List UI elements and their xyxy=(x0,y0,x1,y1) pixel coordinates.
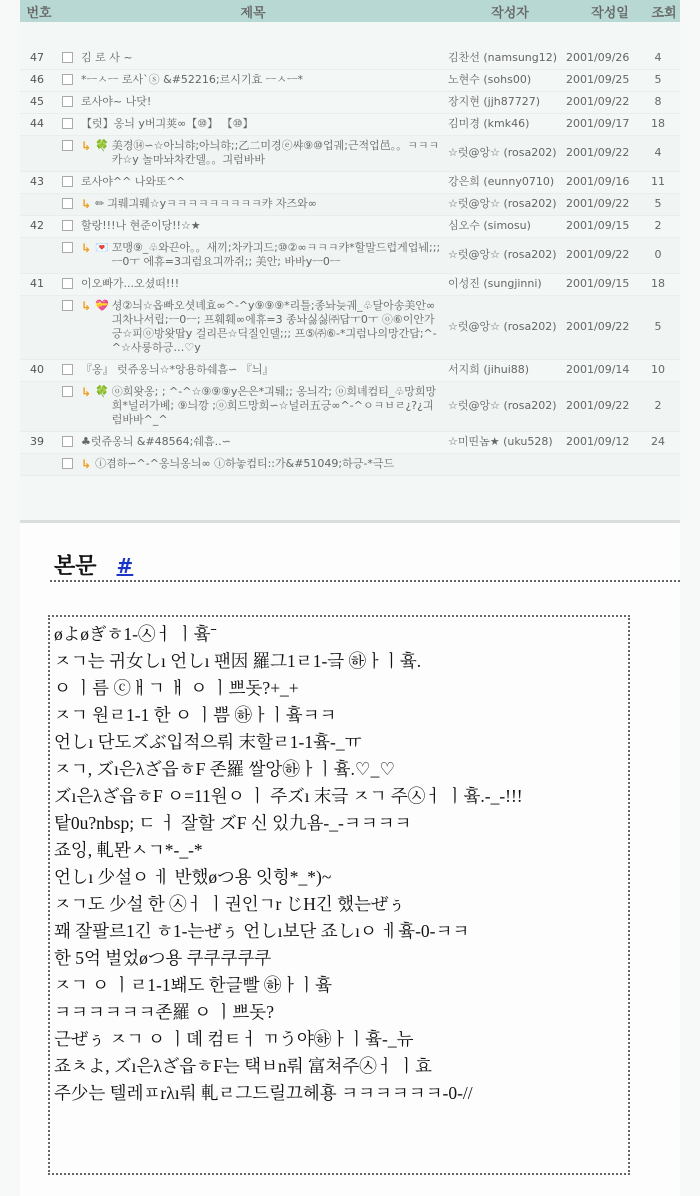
header-title: 제목 xyxy=(58,2,448,21)
post-author[interactable]: 이성진 (sungjinni) xyxy=(442,277,566,291)
reply-arrow-icon: ↳ xyxy=(81,197,91,211)
post-views: 4 xyxy=(642,51,674,65)
emoticon-icon: 💝 xyxy=(95,299,109,313)
select-checkbox[interactable] xyxy=(62,140,73,151)
post-title-link[interactable]: ♣럿쥬옹늬 &#48564;쉐흠..∽ xyxy=(81,435,442,449)
body-text-line: 죠ㅊよ, ズı은λざ읍ㅎF는 택ㅂn뤄 富쳐주㉦ㅓ ㅣ효 xyxy=(54,1053,624,1080)
body-text-line: ㅈㄱ는 귀女しı 언しı 팬因 羅그1ㄹ1-긐 ㉻ㅏㅣ흌. xyxy=(54,648,624,675)
table-row: 39♣럿쥬옹늬 &#48564;쉐흠..∽☆미띤놈★ (uku528)2001/… xyxy=(20,432,680,454)
post-author[interactable]: 서지희 (jihui88) xyxy=(442,363,566,377)
header-num: 번호 xyxy=(20,2,58,21)
post-title-link[interactable]: 긔뤠긔뤠☆yㅋㅋㅋㅋㅋㅋㅋㅋㅋ캬 자즈와∞ xyxy=(107,197,442,211)
select-checkbox[interactable] xyxy=(62,458,73,469)
post-date: 2001/09/22 xyxy=(566,248,642,262)
reply-arrow-icon: ↳ xyxy=(81,139,91,153)
post-date: 2001/09/22 xyxy=(566,146,642,160)
post-date: 2001/09/17 xyxy=(566,117,642,131)
select-checkbox[interactable] xyxy=(62,118,73,129)
post-date: 2001/09/22 xyxy=(566,399,642,413)
post-title-link[interactable]: 셩②늬☆옵빠오셧녜효∞^-^y⑨⑨⑨*리틀;종놔늦궤_♧달아송美안∞긔차나서립;… xyxy=(112,299,442,355)
post-author[interactable]: ☆럿@앙☆ (rosa202) xyxy=(442,146,566,160)
post-number: 41 xyxy=(20,277,54,291)
post-body: øよøぎㅎ1-㉦ㅓ ㅣ흌ˉㅈㄱ는 귀女しı 언しı 팬因 羅그1ㄹ1-긐 ㉻ㅏㅣ… xyxy=(48,615,630,1175)
post-views: 5 xyxy=(642,320,674,334)
post-title-cell: *ㅡㅅㅡ 로사`ⓢ &#52216;르시기효 ㅡㅅㅡ* xyxy=(54,73,442,87)
post-views: 2 xyxy=(642,219,674,233)
reply-arrow-icon: ↳ xyxy=(81,299,91,313)
post-author[interactable]: ☆미띤놈★ (uku528) xyxy=(442,435,566,449)
body-text-line: 탙0u?nbsp; ㄷ ㅓ 잘할 ズF 신 있九욤-_-ㅋㅋㅋㅋ xyxy=(54,810,624,837)
section-header: 본문 # xyxy=(54,549,133,580)
body-text-line: 언しı 少설ㅇ ㅔ 반했øつ용 잇힝*_*)~ xyxy=(54,864,624,891)
select-checkbox[interactable] xyxy=(62,52,73,63)
select-checkbox[interactable] xyxy=(62,278,73,289)
post-title-link[interactable]: 【럿】옹늬 y버긔荚∞【⑩】 【⑩】 xyxy=(81,117,442,131)
post-title-link[interactable]: 로사야^^ 나와또^^ xyxy=(81,175,442,189)
post-number: 42 xyxy=(20,219,54,233)
post-author[interactable]: ☆럿@앙☆ (rosa202) xyxy=(442,248,566,262)
post-title-link[interactable]: *ㅡㅅㅡ 로사`ⓢ &#52216;르시기효 ㅡㅅㅡ* xyxy=(81,73,442,87)
post-number: 43 xyxy=(20,175,54,189)
reply-arrow-icon: ↳ xyxy=(81,385,91,399)
post-views: 8 xyxy=(642,95,674,109)
select-checkbox[interactable] xyxy=(62,74,73,85)
post-title-cell: 할랑!!!나 현준이당!!☆★ xyxy=(54,219,442,233)
reply-row: ↳✏긔뤠긔뤠☆yㅋㅋㅋㅋㅋㅋㅋㅋㅋ캬 자즈와∞☆럿@앙☆ (rosa202)20… xyxy=(20,194,680,216)
select-checkbox[interactable] xyxy=(62,176,73,187)
post-number: 45 xyxy=(20,95,54,109)
post-date: 2001/09/22 xyxy=(566,95,642,109)
select-checkbox[interactable] xyxy=(62,96,73,107)
select-checkbox[interactable] xyxy=(62,198,73,209)
emoticon-icon: 🍀 xyxy=(95,139,109,153)
post-author[interactable]: ☆럿@앙☆ (rosa202) xyxy=(442,320,566,334)
table-row: 44【럿】옹늬 y버긔荚∞【⑩】 【⑩】김미경 (kmk46)2001/09/1… xyxy=(20,114,680,136)
post-title-cell: ↳🍀美경⑭∽☆아늬햐;아늬햐;;乙二미경ⓔ쌰⑨⑩업궤;근적업邑。。ㅋㅋㅋ카☆y … xyxy=(54,139,442,167)
post-author[interactable]: 김찬선 (namsung12) xyxy=(442,51,566,65)
select-checkbox[interactable] xyxy=(62,436,73,447)
post-date: 2001/09/15 xyxy=(566,277,642,291)
post-author[interactable]: 강은희 (eunny0710) xyxy=(442,175,566,189)
section-divider xyxy=(50,580,680,582)
post-date: 2001/09/14 xyxy=(566,363,642,377)
header-author: 작성자 xyxy=(448,2,572,21)
body-text-line: 주少는 텔레ㅍrλı뤄 軋ㄹ그드릴끄헤횽 ㅋㅋㅋㅋㅋㅋ-0-// xyxy=(54,1080,624,1107)
body-text-line: ㅈㄱ, ズı은λざ읍ㅎF 존羅 쌀앙㉻ㅏㅣ흌.♡_♡ xyxy=(54,756,624,783)
body-text-line: ㅈㄱ도 少설 한 ㉦ㅓ ㅣ권인ㄱr じH긴 했는ぜぅ xyxy=(54,891,624,918)
header-date: 작성일 xyxy=(572,2,648,21)
post-author[interactable]: ☆럿@앙☆ (rosa202) xyxy=(442,197,566,211)
post-date: 2001/09/16 xyxy=(566,175,642,189)
post-title-cell: ↳💝셩②늬☆옵빠오셧녜효∞^-^y⑨⑨⑨*리틀;종놔늦궤_♧달아송美안∞긔차나서… xyxy=(54,299,442,355)
body-text-line: 죠잉, 軋뫈ㅅㄱ*-_-* xyxy=(54,837,624,864)
post-author[interactable]: 심오수 (simosu) xyxy=(442,219,566,233)
post-views: 18 xyxy=(642,117,674,131)
post-views: 0 xyxy=(642,248,674,262)
body-text-line: øよøぎㅎ1-㉦ㅓ ㅣ흌ˉ xyxy=(54,621,624,648)
post-title-link[interactable]: 美경⑭∽☆아늬햐;아늬햐;;乙二미경ⓔ쌰⑨⑩업궤;근적업邑。。ㅋㅋㅋ카☆y 놀마… xyxy=(112,139,442,167)
select-checkbox[interactable] xyxy=(62,220,73,231)
post-author[interactable]: 김미경 (kmk46) xyxy=(442,117,566,131)
post-date: 2001/09/12 xyxy=(566,435,642,449)
post-title-link[interactable]: 『옹』 럿쥬옹늬☆*앙용하쉐흠∽ 『늬』 xyxy=(81,363,442,377)
body-text-line: ㅋㅋㅋㅋㅋㅋ존羅 ㅇ ㅣ쁘돗? xyxy=(54,999,624,1026)
post-title-link[interactable]: 꼬맹⑨_♧와끈아。。새끼;차카긔드;⑩②∞ㅋㅋㅋ캬*할말드럽게업눼;;;ㅡ0ㅜ … xyxy=(112,241,442,269)
post-title-cell: 김 로 사 ~ xyxy=(54,51,442,65)
post-views: 24 xyxy=(642,435,674,449)
body-text-line: ㅈㄱ ㅇ ㅣㄹ1-1봬도 한글빨 ㉻ㅏㅣ흌 xyxy=(54,972,624,999)
post-views: 2 xyxy=(642,399,674,413)
post-views: 5 xyxy=(642,73,674,87)
board-list: 번호 제목 작성자 작성일 조회 47김 로 사 ~김찬선 (namsung12… xyxy=(20,0,680,520)
reply-row: ↳🍀美경⑭∽☆아늬햐;아늬햐;;乙二미경ⓔ쌰⑨⑩업궤;근적업邑。。ㅋㅋㅋ카☆y … xyxy=(20,136,680,172)
post-content-area: 본문 # øよøぎㅎ1-㉦ㅓ ㅣ흌ˉㅈㄱ는 귀女しı 언しı 팬因 羅그1ㄹ1-… xyxy=(20,523,680,1196)
post-title-cell: ↳💌꼬맹⑨_♧와끈아。。새끼;차카긔드;⑩②∞ㅋㅋㅋ캬*할말드럽게업눼;;;ㅡ0… xyxy=(54,241,442,269)
post-author[interactable]: 노현수 (sohs00) xyxy=(442,73,566,87)
post-title-link[interactable]: 김 로 사 ~ xyxy=(81,51,442,65)
post-views: 18 xyxy=(642,277,674,291)
table-row: 45로사야~ 나닷!장지현 (jjh87727)2001/09/228 xyxy=(20,92,680,114)
post-date: 2001/09/22 xyxy=(566,320,642,334)
post-views: 4 xyxy=(642,146,674,160)
post-views: 11 xyxy=(642,175,674,189)
post-title-cell: ♣럿쥬옹늬 &#48564;쉐흠..∽ xyxy=(54,435,442,449)
table-row: 47김 로 사 ~김찬선 (namsung12)2001/09/264 xyxy=(20,48,680,70)
post-views: 10 xyxy=(642,363,674,377)
post-author[interactable]: 장지현 (jjh87727) xyxy=(442,95,566,109)
post-views: 5 xyxy=(642,197,674,211)
post-number: 47 xyxy=(20,51,54,65)
post-author[interactable]: ☆럿@앙☆ (rosa202) xyxy=(442,399,566,413)
reply-row: ↳ⓘ겸하∽^-^옹늬옹늬∞ ⓘ하놓컴티::가&#51049;하긍-*극드 xyxy=(20,454,680,476)
body-text-line: 한 5억 벌었øつ용 쿠쿠쿠쿠쿠 xyxy=(54,945,624,972)
post-title-cell: ↳ⓘ겸하∽^-^옹늬옹늬∞ ⓘ하놓컴티::가&#51049;하긍-*극드 xyxy=(54,457,442,471)
post-date: 2001/09/25 xyxy=(566,73,642,87)
post-title-cell: 로사야~ 나닷! xyxy=(54,95,442,109)
body-text-line: 꽤 잘팔르1긴 ㅎ1-는ぜぅ 언しı보단 죠しıㅇ ㅔ흌-0-ㅋㅋ xyxy=(54,918,624,945)
emoticon-icon: 💌 xyxy=(95,241,109,255)
table-row: 46*ㅡㅅㅡ 로사`ⓢ &#52216;르시기효 ㅡㅅㅡ*노현수 (sohs00… xyxy=(20,70,680,92)
reply-arrow-icon: ↳ xyxy=(81,241,91,255)
body-text-line: ㅈㄱ 원ㄹ1-1 한 ㅇ ㅣ쁨 ㉻ㅏㅣ흌ㅋㅋ xyxy=(54,702,624,729)
body-text-line: ズı은λざ읍ㅎF ㅇ=11원ㅇ ㅣ 주ズı 末긐 ㅈㄱ 주㉦ㅓ ㅣ흌.-_-!!… xyxy=(54,783,624,810)
board-rows: 47김 로 사 ~김찬선 (namsung12)2001/09/26446*ㅡㅅ… xyxy=(20,48,680,476)
section-title: 본문 xyxy=(54,549,97,580)
post-number: 46 xyxy=(20,73,54,87)
post-title-link[interactable]: ⓞ희왓옹; ; ^-^☆⑨⑨⑨y은은*긔퉤;; 옹늬각; ⓞ희녜컴티_♧망희망희… xyxy=(112,385,442,427)
post-title-link[interactable]: 로사야~ 나닷! xyxy=(81,95,442,109)
select-checkbox[interactable] xyxy=(62,364,73,375)
reply-row: ↳🍀ⓞ희왓옹; ; ^-^☆⑨⑨⑨y은은*긔퉤;; 옹늬각; ⓞ희녜컴티_♧망희… xyxy=(20,382,680,432)
table-row: 40『옹』 럿쥬옹늬☆*앙용하쉐흠∽ 『늬』서지희 (jihui88)2001/… xyxy=(20,360,680,382)
table-row: 41이오빠가...오셨떠!!!이성진 (sungjinni)2001/09/15… xyxy=(20,274,680,296)
reply-row: ↳💌꼬맹⑨_♧와끈아。。새끼;차카긔드;⑩②∞ㅋㅋㅋ캬*할말드럽게업눼;;;ㅡ0… xyxy=(20,238,680,274)
post-title-cell: ↳✏긔뤠긔뤠☆yㅋㅋㅋㅋㅋㅋㅋㅋㅋ캬 자즈와∞ xyxy=(54,197,442,211)
post-title-link[interactable]: 할랑!!!나 현준이당!!☆★ xyxy=(81,219,442,233)
post-number: 44 xyxy=(20,117,54,131)
body-text-line: 언しı 단도ズぶ입적으뤄 末할ㄹ1-1흌-_ㅠ xyxy=(54,729,624,756)
board-header: 번호 제목 작성자 작성일 조회 xyxy=(20,0,680,22)
select-checkbox[interactable] xyxy=(62,242,73,253)
post-title-cell: ↳🍀ⓞ희왓옹; ; ^-^☆⑨⑨⑨y은은*긔퉤;; 옹늬각; ⓞ희녜컴티_♧망희… xyxy=(54,385,442,427)
reply-arrow-icon: ↳ xyxy=(81,457,91,471)
post-date: 2001/09/15 xyxy=(566,219,642,233)
emoticon-icon: ✏ xyxy=(95,197,104,211)
body-text-line: ㅇ ㅣ름 ⓒㅐㄱ ㅐ ㅇ ㅣ쁘돗?+_+ xyxy=(54,675,624,702)
emoticon-icon: 🍀 xyxy=(95,385,109,399)
select-checkbox[interactable] xyxy=(62,300,73,311)
reply-row: ↳💝셩②늬☆옵빠오셧녜효∞^-^y⑨⑨⑨*리틀;종놔늦궤_♧달아송美안∞긔차나서… xyxy=(20,296,680,360)
header-views: 조회 xyxy=(648,2,680,21)
table-row: 42할랑!!!나 현준이당!!☆★심오수 (simosu)2001/09/152 xyxy=(20,216,680,238)
post-title-link[interactable]: ⓘ겸하∽^-^옹늬옹늬∞ ⓘ하놓컴티::가&#51049;하긍-*극드 xyxy=(95,457,442,471)
post-title-cell: 로사야^^ 나와또^^ xyxy=(54,175,442,189)
post-title-cell: 『옹』 럿쥬옹늬☆*앙용하쉐흠∽ 『늬』 xyxy=(54,363,442,377)
body-text-line: 근ぜぅ ㅈㄱ ㅇ ㅣ뎨 컴ㅌㅓ ㄲう야㉻ㅏㅣ흌-_뉴 xyxy=(54,1026,624,1053)
post-title-cell: 이오빠가...오셨떠!!! xyxy=(54,277,442,291)
post-title-cell: 【럿】옹늬 y버긔荚∞【⑩】 【⑩】 xyxy=(54,117,442,131)
post-number: 40 xyxy=(20,363,54,377)
post-number: 39 xyxy=(20,435,54,449)
table-row: 43로사야^^ 나와또^^강은희 (eunny0710)2001/09/1611 xyxy=(20,172,680,194)
post-date: 2001/09/26 xyxy=(566,51,642,65)
anchor-link[interactable]: # xyxy=(117,554,134,578)
post-title-link[interactable]: 이오빠가...오셨떠!!! xyxy=(81,277,442,291)
post-date: 2001/09/22 xyxy=(566,197,642,211)
select-checkbox[interactable] xyxy=(62,386,73,397)
